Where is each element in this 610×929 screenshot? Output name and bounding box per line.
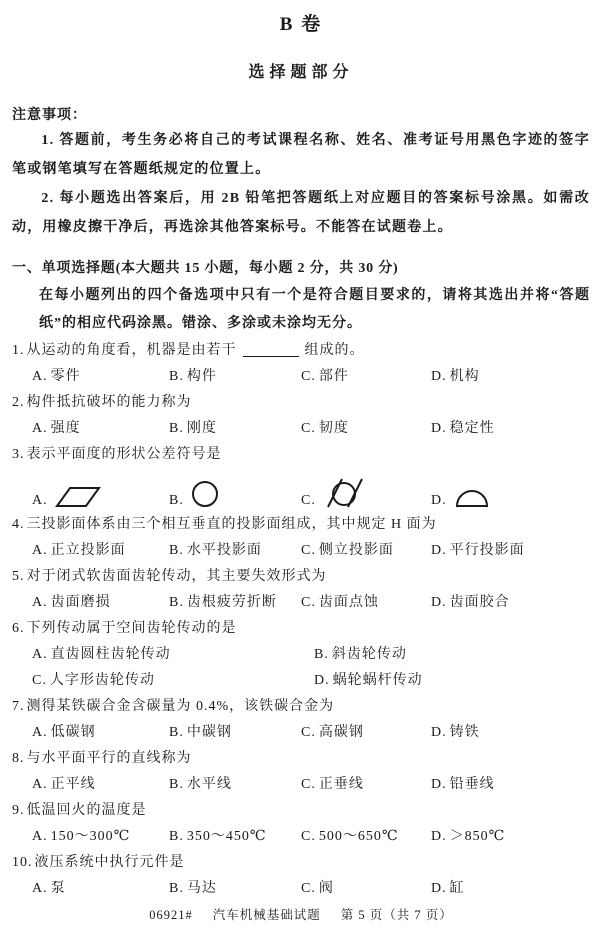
option-c: C.500～650℃: [301, 824, 431, 850]
question-4-stem: 4.三投影面体系由三个相互垂直的投影面组成，其中规定 H 面为: [12, 512, 590, 538]
notice-item-1: 1. 答题前，考生务必将自己的考试课程名称、姓名、准考证号用黑色字迹的签字笔或钢…: [12, 126, 590, 184]
question-5-options: A.齿面磨损 B.齿根疲劳折断 C.齿面点蚀 D.齿面胶合: [12, 590, 590, 616]
question-8-stem: 8.与水平面平行的直线称为: [12, 746, 590, 772]
option-a: A.150～300℃: [32, 824, 169, 850]
section-heading: 一、单项选择题(本大题共 15 小题，每小题 2 分，共 30 分): [12, 256, 590, 282]
option-b: B.斜齿轮传动: [314, 642, 590, 668]
stem-text-after: 组成的。: [305, 343, 365, 358]
fill-in-blank: [243, 341, 299, 357]
circle-roundness-icon: [191, 480, 219, 508]
stem-text: 构件抵抗破坏的能力称为: [27, 395, 192, 410]
option-d: D.稳定性: [431, 416, 590, 442]
option-b: B.350～450℃: [169, 824, 301, 850]
option-a: A.正立投影面: [32, 538, 169, 564]
option-d: D.铅垂线: [431, 772, 590, 798]
question-6: 6.下列传动属于空间齿轮传动的是 A.直齿圆柱齿轮传动 B.斜齿轮传动 C.人字…: [12, 616, 590, 694]
option-d: D.: [431, 488, 590, 510]
question-10-stem: 10.液压系统中执行元件是: [12, 850, 590, 876]
option-c: C.部件: [301, 364, 431, 390]
stem-text: 对于闭式软齿面齿轮传动，其主要失效形式为: [27, 569, 327, 584]
option-b: B.马达: [169, 876, 301, 902]
exam-page: B 卷 选择题部分 注意事项： 1. 答题前，考生务必将自己的考试课程名称、姓名…: [0, 0, 610, 929]
question-number: 4.: [12, 517, 25, 532]
paper-title: 汽车机械基础试题: [213, 908, 321, 922]
question-9: 9.低温回火的温度是 A.150～300℃ B.350～450℃ C.500～6…: [12, 798, 590, 850]
option-a: A.低碳钢: [32, 720, 169, 746]
question-9-options: A.150～300℃ B.350～450℃ C.500～650℃ D.＞850℃: [12, 824, 590, 850]
question-2-options: A.强度 B.刚度 C.韧度 D.稳定性: [12, 416, 590, 442]
question-number: 6.: [12, 621, 25, 636]
question-1-stem: 1.从运动的角度看，机器是由若干组成的。: [12, 338, 590, 364]
option-a: A.强度: [32, 416, 169, 442]
notice-item-2: 2. 每小题选出答案后，用 2B 铅笔把答题纸上对应题目的答案标号涂黑。如需改动…: [12, 184, 590, 242]
semicircle-profile-icon: [454, 488, 490, 508]
option-c: C.高碳钢: [301, 720, 431, 746]
option-c: C.韧度: [301, 416, 431, 442]
question-3: 3.表示平面度的形状公差符号是 A. B. C. D.: [12, 442, 590, 512]
option-d: D.机构: [431, 364, 590, 390]
option-c: C.人字形齿轮传动: [32, 668, 314, 694]
option-b: B.: [169, 480, 301, 510]
question-9-stem: 9.低温回火的温度是: [12, 798, 590, 824]
question-6-options-row-1: A.直齿圆柱齿轮传动 B.斜齿轮传动: [12, 642, 590, 668]
question-5-stem: 5.对于闭式软齿面齿轮传动，其主要失效形式为: [12, 564, 590, 590]
question-4: 4.三投影面体系由三个相互垂直的投影面组成，其中规定 H 面为 A.正立投影面 …: [12, 512, 590, 564]
stem-text-before: 从运动的角度看，机器是由若干: [27, 343, 237, 358]
question-2-stem: 2.构件抵抗破坏的能力称为: [12, 390, 590, 416]
stem-text: 下列传动属于空间齿轮传动的是: [27, 621, 237, 636]
question-number: 1.: [12, 343, 25, 358]
option-a: A.零件: [32, 364, 169, 390]
option-b: B.中碳钢: [169, 720, 301, 746]
option-d: D.齿面胶合: [431, 590, 590, 616]
stem-text: 与水平面平行的直线称为: [27, 751, 192, 766]
stem-text: 测得某铁碳合金含碳量为 0.4%，该铁碳合金为: [27, 699, 335, 714]
option-d: D.平行投影面: [431, 538, 590, 564]
question-number: 3.: [12, 447, 25, 462]
question-1: 1.从运动的角度看，机器是由若干组成的。 A.零件 B.构件 C.部件 D.机构: [12, 338, 590, 390]
page-number: 第 5 页（共 7 页）: [341, 908, 453, 922]
question-3-options: A. B. C. D.: [12, 468, 590, 512]
option-b: B.水平投影面: [169, 538, 301, 564]
option-d: D.缸: [431, 876, 590, 902]
notice-heading: 注意事项：: [12, 106, 590, 126]
option-d: D.铸铁: [431, 720, 590, 746]
option-c: C.齿面点蚀: [301, 590, 431, 616]
parallelogram-flatness-icon: [55, 486, 101, 508]
option-d: D.蜗轮蜗杆传动: [314, 668, 590, 694]
question-5: 5.对于闭式软齿面齿轮传动，其主要失效形式为 A.齿面磨损 B.齿根疲劳折断 C…: [12, 564, 590, 616]
question-number: 7.: [12, 699, 25, 714]
option-a: A.直齿圆柱齿轮传动: [32, 642, 314, 668]
page-footer: 06921#汽车机械基础试题第 5 页（共 7 页）: [12, 904, 590, 926]
option-b: B.水平线: [169, 772, 301, 798]
question-7-stem: 7.测得某铁碳合金含碳量为 0.4%，该铁碳合金为: [12, 694, 590, 720]
question-2: 2.构件抵抗破坏的能力称为 A.强度 B.刚度 C.韧度 D.稳定性: [12, 390, 590, 442]
option-a: A.泵: [32, 876, 169, 902]
stem-text: 低温回火的温度是: [27, 803, 147, 818]
question-7-options: A.低碳钢 B.中碳钢 C.高碳钢 D.铸铁: [12, 720, 590, 746]
option-a: A.正平线: [32, 772, 169, 798]
question-6-options-row-2: C.人字形齿轮传动 D.蜗轮蜗杆传动: [12, 668, 590, 694]
option-b: B.构件: [169, 364, 301, 390]
question-10: 10.液压系统中执行元件是 A.泵 B.马达 C.阀 D.缸: [12, 850, 590, 902]
option-c: C.正垂线: [301, 772, 431, 798]
question-4-options: A.正立投影面 B.水平投影面 C.侧立投影面 D.平行投影面: [12, 538, 590, 564]
question-8: 8.与水平面平行的直线称为 A.正平线 B.水平线 C.正垂线 D.铅垂线: [12, 746, 590, 798]
option-a: A.齿面磨损: [32, 590, 169, 616]
question-7: 7.测得某铁碳合金含碳量为 0.4%，该铁碳合金为 A.低碳钢 B.中碳钢 C.…: [12, 694, 590, 746]
option-c: C.: [301, 478, 431, 510]
question-number: 9.: [12, 803, 25, 818]
question-1-options: A.零件 B.构件 C.部件 D.机构: [12, 364, 590, 390]
section-instruction: 在每小题列出的四个备选项中只有一个是符合题目要求的，请将其选出并将“答题纸”的相…: [39, 282, 590, 338]
question-number: 8.: [12, 751, 25, 766]
page-title: B 卷: [12, 12, 590, 38]
stem-text: 表示平面度的形状公差符号是: [27, 447, 222, 462]
stem-text: 三投影面体系由三个相互垂直的投影面组成，其中规定 H 面为: [27, 517, 437, 532]
question-3-stem: 3.表示平面度的形状公差符号是: [12, 442, 590, 468]
question-6-stem: 6.下列传动属于空间齿轮传动的是: [12, 616, 590, 642]
section-subtitle: 选择题部分: [12, 62, 590, 84]
option-b: B.刚度: [169, 416, 301, 442]
question-number: 10.: [12, 855, 33, 870]
option-c: C.侧立投影面: [301, 538, 431, 564]
option-a: A.: [32, 486, 169, 510]
question-number: 5.: [12, 569, 25, 584]
option-c: C.阀: [301, 876, 431, 902]
option-b: B.齿根疲劳折断: [169, 590, 301, 616]
stem-text: 液压系统中执行元件是: [35, 855, 185, 870]
question-8-options: A.正平线 B.水平线 C.正垂线 D.铅垂线: [12, 772, 590, 798]
question-10-options: A.泵 B.马达 C.阀 D.缸: [12, 876, 590, 902]
cylindricity-icon: [323, 478, 365, 508]
option-d: D.＞850℃: [431, 824, 590, 850]
course-code: 06921#: [149, 908, 193, 922]
question-number: 2.: [12, 395, 25, 410]
